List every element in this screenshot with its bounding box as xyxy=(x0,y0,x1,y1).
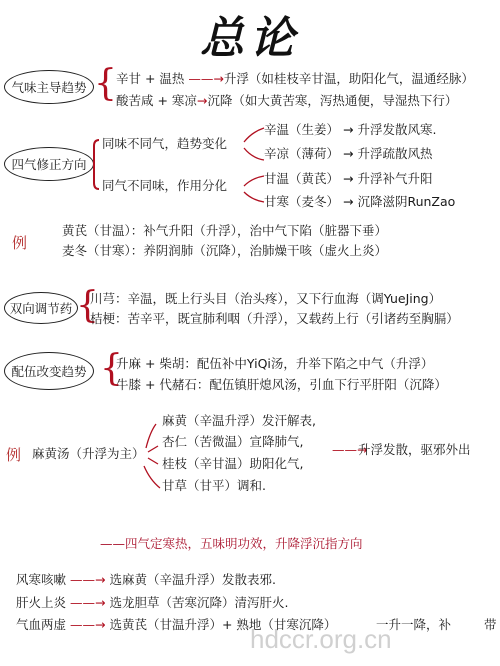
motto: ——四气定寒热，五味明功效，升降浮沉指方向 xyxy=(100,534,363,552)
section4-line-2: 牛膝 + 代赭石：配伍镇肝熄风汤，引血下行平肝阳（沉降） xyxy=(116,377,447,393)
conclusion: 升浮发散，驱邪外出 xyxy=(358,442,471,458)
case-row: 肝火上炎 ——→ 选龙胆草（苦寒沉降）清泻肝火. xyxy=(16,595,288,611)
treatment: 选龙胆草（苦寒沉降）清泻肝火. xyxy=(109,595,288,610)
herb: 辛凉（薄荷） xyxy=(264,146,339,161)
symptom: 肝火上炎 xyxy=(16,595,66,610)
formula-name: 麻黄汤（升浮为主） xyxy=(32,446,145,462)
herb-item: 桂枝（辛甘温）助阳化气, xyxy=(162,456,303,472)
branch-item: 甘寒（麦冬） → 沉降滋阴RunZao xyxy=(264,194,455,210)
example1-line-2: 麦冬（甘寒）：养阴润肺（沉降），治肺燥干咳（虚火上炎） xyxy=(62,243,387,259)
example-marker: 例 xyxy=(12,232,27,253)
branch-same-qi: 同气不同味，作用分化 xyxy=(102,178,227,194)
arrow-icon: → xyxy=(343,122,353,137)
effect: 升浮发散风寒. xyxy=(357,122,436,137)
effect: 沉降滋阴RunZao xyxy=(357,194,455,209)
arrow-icon: → xyxy=(343,171,353,186)
section3-line-2: 桔梗：苦辛平，既宣肺利咽（升浮），又载药上行（引诸药至胸膈） xyxy=(90,311,459,327)
arrow-icon: ——→ xyxy=(70,617,105,632)
herb: 甘寒（麦冬） xyxy=(264,194,339,209)
connector-lines xyxy=(0,0,500,666)
branch-item: 辛温（生姜） → 升浮发散风寒. xyxy=(264,122,436,138)
effect: 升浮补气升阳 xyxy=(357,171,432,186)
treatment: 选麻黄（辛温升浮）发散表邪. xyxy=(109,572,275,587)
branch-item: 甘温（黄芪） → 升浮补气升阳 xyxy=(264,171,432,187)
section3-label: 双向调节药 xyxy=(10,299,73,317)
effect: 升浮疏散风热 xyxy=(357,146,432,161)
branch-same-taste: 同味不同气，趋势变化 xyxy=(102,136,227,152)
arrow-icon: ——→ xyxy=(70,572,105,587)
watermark: hdccr.org.cn xyxy=(250,624,392,655)
herb: 辛温（生姜） xyxy=(264,122,339,137)
case-row: 风寒咳嗽 ——→ 选麻黄（辛温升浮）发散表邪. xyxy=(16,572,276,588)
section4-label: 配伍改变趋势 xyxy=(11,362,86,380)
section3-line-1: 川芎：辛温，既上行头目（治头疼），又下行血海（调YueJing） xyxy=(90,291,441,307)
herb-item: 杏仁（苦微温）宣降肺气, xyxy=(162,434,303,450)
arrow-icon: → xyxy=(343,146,353,161)
arrow-icon: → xyxy=(343,194,353,209)
section-label-shuangxiang: 双向调节药 xyxy=(4,292,78,324)
symptom: 风寒咳嗽 xyxy=(16,572,66,587)
herb: 甘温（黄芪） xyxy=(264,171,339,186)
branch-item: 辛凉（薄荷） → 升浮疏散风热 xyxy=(264,146,432,162)
section-label-peiwu: 配伍改变趋势 xyxy=(4,352,94,390)
example-marker: 例 xyxy=(6,444,21,465)
herb-item: 麻黄（辛温升浮）发汗解表, xyxy=(162,413,316,429)
case-tail-2: 带 xyxy=(484,617,497,633)
section4-line-1: 升麻 + 柴胡：配伍补中YiQi汤，升举下陷之中气（升浮） xyxy=(116,356,433,372)
example1-line-1: 黄芪（甘温）：补气升阳（升浮），治中气下陷（脏器下垂） xyxy=(62,223,387,239)
arrow-icon: ——→ xyxy=(70,595,105,610)
symptom: 气血两虚 xyxy=(16,617,66,632)
herb-item: 甘草（甘平）调和. xyxy=(162,478,266,494)
